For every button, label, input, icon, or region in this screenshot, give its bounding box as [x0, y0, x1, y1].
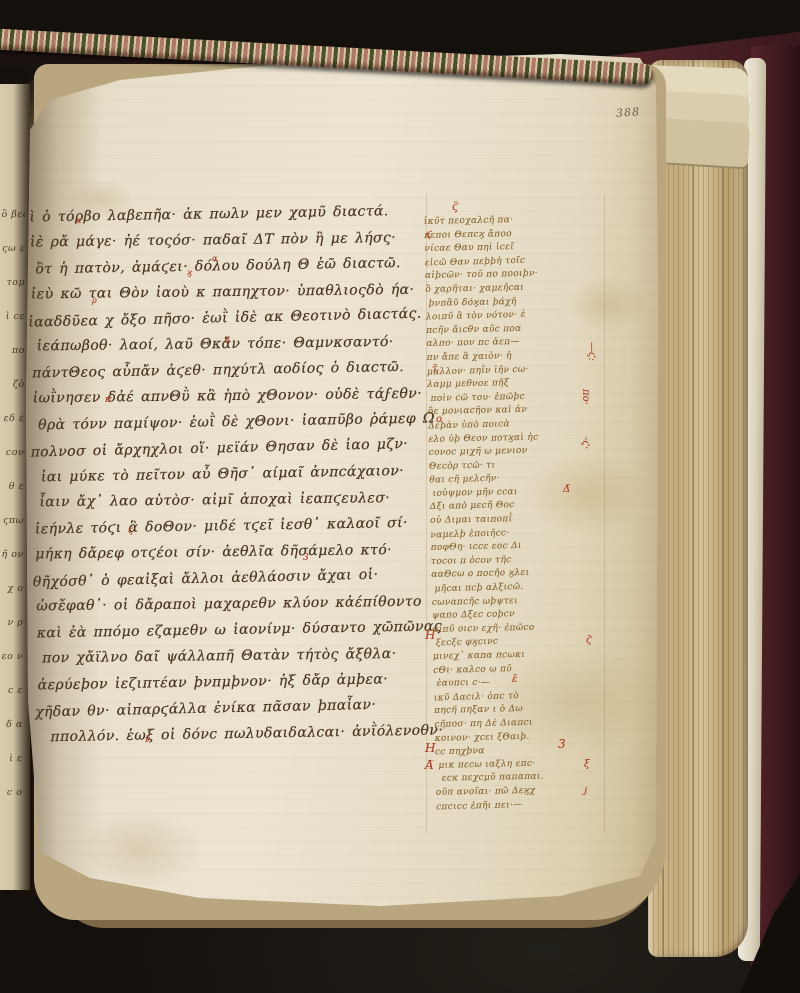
rubric-mark: ν̄	[145, 735, 150, 745]
rubric-mark: ϛ̄	[452, 202, 458, 212]
recto-parchment-page: 388 ὶ ὁ τόρβο λαβεπῆα· ἀκ πωλν μεν χαμῦ …	[24, 44, 664, 910]
rubric-mark: Α̅	[425, 760, 434, 770]
manuscript-photo: ὃ βεῶςω ετομὶ ϲεποζὸεδ ὲϲονθ εςπωῆ ονχ ο…	[0, 0, 800, 993]
rubric-mark: -ϛ·	[580, 437, 590, 449]
rubric-mark: Η	[425, 630, 435, 640]
rubric-mark: 3	[558, 739, 566, 749]
rubric-mark: τ̄	[432, 365, 438, 375]
rubric-mark: Δ̄	[563, 485, 570, 495]
rubric-mark: πο·	[580, 389, 590, 405]
rubric-mark: ϛ	[426, 230, 432, 240]
rubric-marks-layer: ϛ̄ϛααϗρδ̄κ̛ϛ̄3ν̄τ̄οΔ̄Ηε̄3ΗΑ̅—ϛ:πο·-ϛ·ϛ̄ξ…	[24, 44, 664, 910]
rubric-mark: δ̄	[225, 336, 230, 346]
rubric-mark: ε̄	[512, 675, 517, 685]
rubric-mark: ξ	[584, 760, 590, 770]
rubric-mark: α	[212, 254, 217, 264]
rubric-mark: ο	[436, 415, 442, 425]
rubric-mark: —ϛ:	[586, 342, 596, 361]
rubric-mark: α	[76, 216, 81, 226]
rubric-mark: κ̛	[105, 395, 111, 405]
rubric-mark: ϗ	[187, 268, 192, 278]
rubric-mark: 3	[303, 553, 309, 563]
rubric-mark: ϛ̄	[128, 526, 133, 536]
rubric-mark: Η	[425, 743, 435, 753]
rubric-mark: ȷ	[584, 786, 587, 796]
rubric-mark: ρ	[92, 296, 97, 306]
rubric-mark: ϛ̄	[586, 636, 592, 646]
